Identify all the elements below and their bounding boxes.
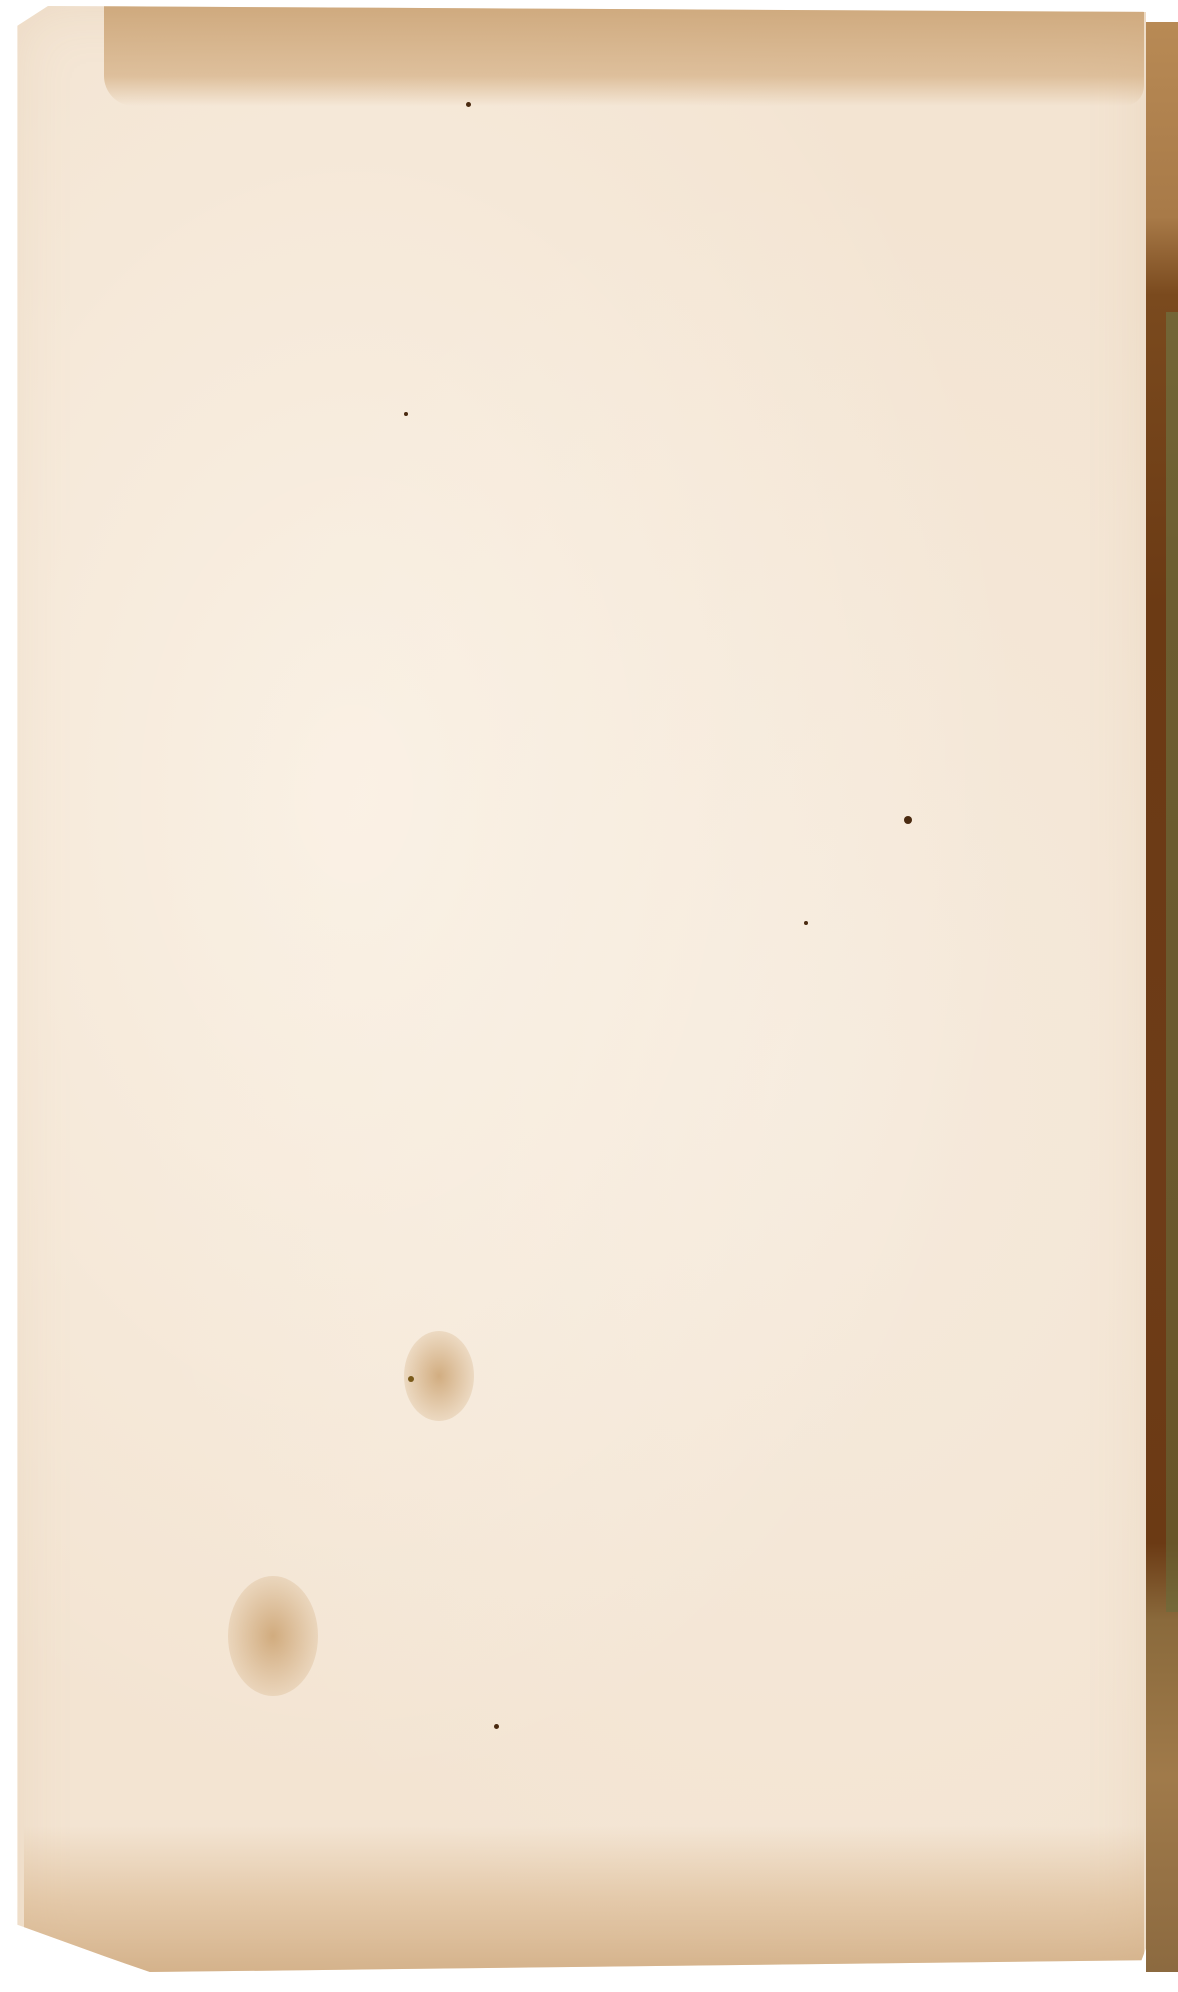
stain-blot	[404, 1331, 474, 1421]
top-water-stain	[104, 6, 1144, 106]
ink-speck	[408, 1376, 414, 1382]
ink-speck	[494, 1724, 499, 1729]
document-scan: illegible handwritten marks	[0, 0, 1178, 1992]
ink-speck	[804, 921, 808, 925]
ink-speck	[466, 102, 471, 107]
stain-blot	[228, 1576, 318, 1696]
paper-texture	[14, 6, 1146, 1976]
ink-speck	[404, 412, 408, 416]
ink-speck	[904, 816, 912, 824]
cover-handwriting: illegible handwritten marks	[1154, 660, 1178, 1040]
bottom-water-stain	[24, 1826, 1144, 1976]
blank-page	[14, 6, 1146, 1976]
